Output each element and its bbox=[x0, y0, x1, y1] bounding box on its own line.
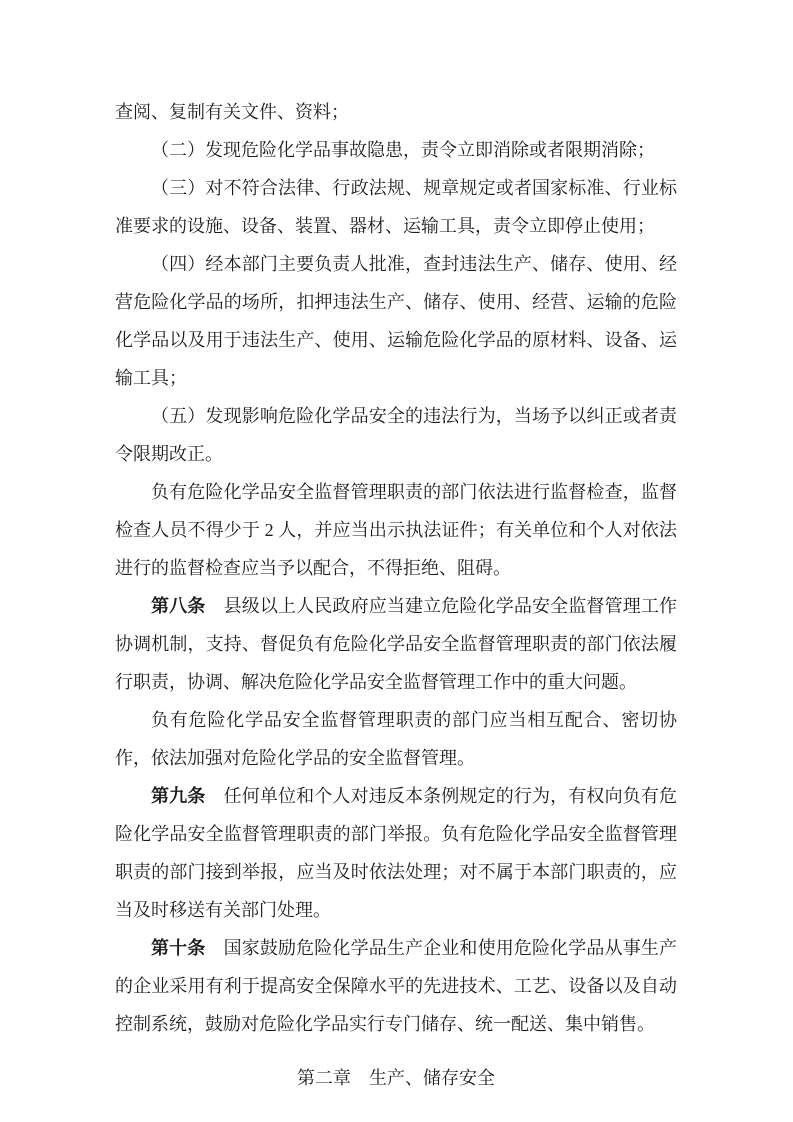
document-paragraph: 负有危险化学品安全监督管理职责的部门依法进行监督检查，监督检查人员不得少于 2 … bbox=[115, 473, 677, 587]
document-paragraph: 第八条 县级以上人民政府应当建立危险化学品安全监督管理工作协调机制，支持、督促负… bbox=[115, 587, 677, 701]
document-paragraph: 第十条 国家鼓励危险化学品生产企业和使用危险化学品从事生产的企业采用有利于提高安… bbox=[115, 929, 677, 1043]
paragraph-list: 查阅、复制有关文件、资料； （二）发现危险化学品事故隐患，责令立即消除或者限期消… bbox=[115, 93, 677, 1043]
paragraph-text: 查阅、复制有关文件、资料； bbox=[115, 102, 349, 122]
article-number: 第八条 bbox=[151, 596, 205, 616]
document-paragraph: （二）发现危险化学品事故隐患，责令立即消除或者限期消除； bbox=[115, 131, 677, 169]
article-number: 第十条 bbox=[151, 938, 205, 958]
paragraph-text: （四）经本部门主要负责人批准，查封违法生产、储存、使用、经营危险化学品的场所，扣… bbox=[115, 254, 677, 388]
document-paragraph: 负有危险化学品安全监督管理职责的部门应当相互配合、密切协作，依法加强对危险化学品… bbox=[115, 701, 677, 777]
document-paragraph: （三）对不符合法律、行政法规、规章规定或者国家标准、行业标准要求的设施、设备、装… bbox=[115, 169, 677, 245]
paragraph-text: 负有危险化学品安全监督管理职责的部门依法进行监督检查，监督检查人员不得少于 2 … bbox=[115, 482, 677, 578]
paragraph-text: 任何单位和个人对违反本条例规定的行为，有权向负有危险化学品安全监督管理职责的部门… bbox=[115, 786, 677, 920]
document-body: 查阅、复制有关文件、资料； （二）发现危险化学品事故隐患，责令立即消除或者限期消… bbox=[115, 93, 677, 1097]
document-paragraph: （四）经本部门主要负责人批准，查封违法生产、储存、使用、经营危险化学品的场所，扣… bbox=[115, 245, 677, 397]
document-paragraph: 查阅、复制有关文件、资料； bbox=[115, 93, 677, 131]
document-paragraph: （五）发现影响危险化学品安全的违法行为，当场予以纠正或者责令限期改正。 bbox=[115, 397, 677, 473]
paragraph-text: （二）发现危险化学品事故隐患，责令立即消除或者限期消除； bbox=[151, 140, 655, 160]
paragraph-text: （五）发现影响危险化学品安全的违法行为，当场予以纠正或者责令限期改正。 bbox=[115, 406, 677, 464]
chapter-heading: 第二章 生产、储存安全 bbox=[115, 1059, 677, 1097]
paragraph-text: （三）对不符合法律、行政法规、规章规定或者国家标准、行业标准要求的设施、设备、装… bbox=[115, 178, 677, 236]
document-paragraph: 第九条 任何单位和个人对违反本条例规定的行为，有权向负有危险化学品安全监督管理职… bbox=[115, 777, 677, 929]
paragraph-text: 负有危险化学品安全监督管理职责的部门应当相互配合、密切协作，依法加强对危险化学品… bbox=[115, 710, 677, 768]
article-number: 第九条 bbox=[151, 786, 205, 806]
document-page: 查阅、复制有关文件、资料； （二）发现危险化学品事故隐患，责令立即消除或者限期消… bbox=[0, 0, 793, 1122]
